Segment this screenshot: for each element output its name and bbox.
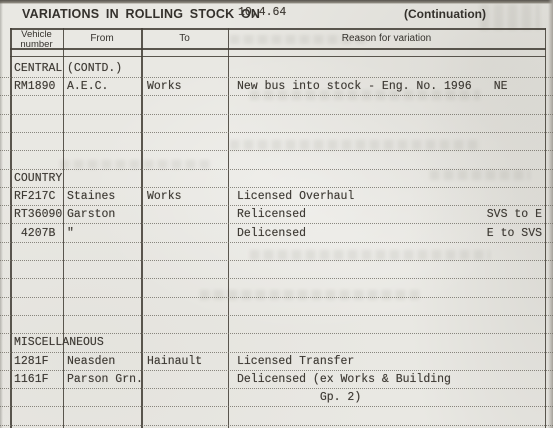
scan-edge-top (0, 0, 553, 4)
table-row: RF217CStainesWorksLicensed Overhaul (0, 187, 553, 205)
ruled-line (0, 150, 553, 151)
ruled-line (0, 242, 553, 243)
reason-cell: Relicensed (237, 208, 306, 221)
ruled-line (0, 315, 553, 316)
vehicle-number-cell: RF217C (14, 190, 55, 203)
ruled-line (0, 95, 553, 96)
page-title: VARIATIONS IN ROLLING STOCK ON (22, 7, 260, 21)
ruled-line (0, 132, 553, 133)
vehicle-number-cell: 1281F (14, 355, 49, 368)
note-cell: E to SVS (487, 227, 542, 240)
bleed-through-smudge (250, 250, 490, 260)
section-heading-row: CENTRAL(CONTD.) (0, 59, 553, 77)
vehicle-number-cell: 1161F (14, 373, 49, 386)
table-row: RM1890A.E.C.WorksNew bus into stock - En… (0, 77, 553, 95)
table-section: COUNTRYRF217CStainesWorksLicensed Overha… (0, 169, 553, 242)
reason-cell: Licensed Overhaul (237, 190, 354, 203)
reason-cell: New bus into stock - Eng. No. 1996 (237, 80, 472, 93)
column-header-from: From (63, 33, 141, 44)
vehicle-number-cell: RT36090 (14, 208, 62, 221)
scanned-document-page: VARIATIONS IN ROLLING STOCK ON 10,4.64 (… (0, 0, 553, 428)
table-row: 4207B"DelicensedE to SVS (0, 223, 553, 241)
section-heading: CENTRAL (14, 62, 62, 75)
section-heading-row: MISCELLANEOUS (0, 333, 553, 351)
table-row: RT36090GarstonRelicensedSVS to E (0, 205, 553, 223)
column-header-reason: Reason for variation (228, 33, 545, 44)
section-heading: COUNTRY (14, 172, 62, 185)
ruled-line (0, 260, 553, 261)
bleed-through-smudge (480, 4, 540, 30)
table-section: MISCELLANEOUS1281FNeasdenHainaultLicense… (0, 333, 553, 406)
section-heading-note: (CONTD.) (67, 62, 122, 75)
ruled-line (0, 278, 553, 279)
ruled-line (0, 425, 553, 426)
from-cell: Garston (67, 208, 115, 221)
table-section: CENTRAL(CONTD.)RM1890A.E.C.WorksNew bus … (0, 59, 553, 96)
bleed-through-smudge (200, 290, 420, 300)
from-cell: Parson Grn. (67, 373, 143, 386)
section-heading-row: COUNTRY (0, 169, 553, 187)
ruled-line (0, 297, 553, 298)
vehicle-number-cell: RM1890 (14, 80, 55, 93)
column-header-to: To (141, 33, 228, 44)
note-cell: SVS to E (487, 208, 542, 221)
reason-cell: Gp. 2) (237, 391, 361, 404)
vehicle-number-cell: 4207B (14, 227, 55, 240)
table-row: Gp. 2) (0, 388, 553, 406)
section-heading: MISCELLANEOUS (14, 336, 104, 349)
body-top-border (10, 56, 546, 58)
note-cell: NE (494, 80, 542, 93)
to-cell: Works (147, 80, 182, 93)
ruled-line (0, 406, 553, 407)
table-top-border (10, 28, 546, 30)
reason-cell: Licensed Transfer (237, 355, 354, 368)
reason-cell: Delicensed (ex Works & Building (237, 373, 451, 386)
column-header-vehicle-number: Vehicle number (10, 30, 63, 49)
header-bottom-border (10, 48, 546, 50)
to-cell: Hainault (147, 355, 202, 368)
from-cell: A.E.C. (67, 80, 108, 93)
continuation-label: (Continuation) (404, 7, 486, 21)
reason-cell: Delicensed (237, 227, 306, 240)
to-cell: Works (147, 190, 182, 203)
from-cell: Neasden (67, 355, 115, 368)
table-row: 1281FNeasdenHainaultLicensed Transfer (0, 351, 553, 369)
from-cell: " (67, 227, 74, 240)
ruled-line (0, 114, 553, 115)
column-header-vehicle-line2: number (10, 40, 63, 50)
table-row: 1161FParson Grn.Delicensed (ex Works & B… (0, 370, 553, 388)
typed-date: 10,4.64 (238, 6, 286, 19)
from-cell: Staines (67, 190, 115, 203)
bleed-through-smudge (230, 140, 480, 150)
